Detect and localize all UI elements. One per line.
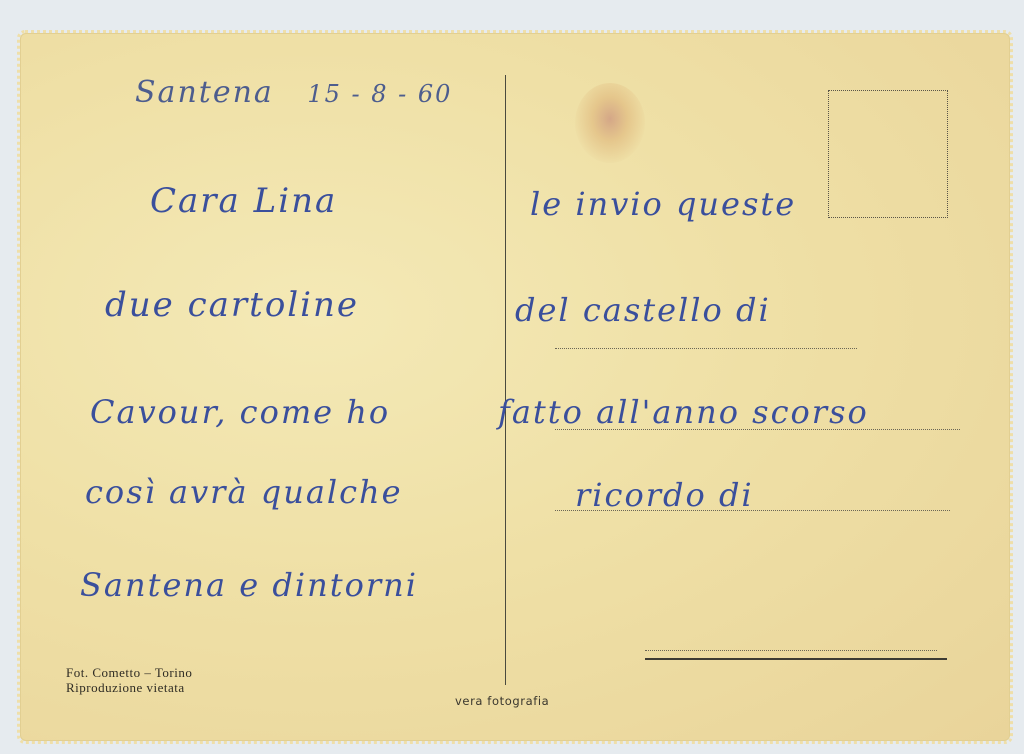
center-divider-line	[505, 75, 506, 685]
publisher-line-2: Riproduzione vietata	[66, 680, 192, 695]
stain-mark	[575, 83, 645, 163]
message-line-2-right: del castello di	[515, 291, 771, 329]
stamp-placeholder-box	[828, 90, 948, 218]
handwritten-date-line: Santena 15 - 8 - 60	[135, 75, 452, 110]
postcard: Santena 15 - 8 - 60 Cara Lina le invio q…	[20, 33, 1010, 741]
message-line-4-left: così avrà qualche	[85, 473, 403, 511]
address-line-4	[645, 650, 937, 651]
handwritten-date: 15 - 8 - 60	[307, 80, 452, 108]
handwritten-place: Santena	[135, 75, 274, 110]
message-line-2-left: due cartoline	[105, 285, 359, 325]
message-line-5-left: Santena e dintorni	[80, 566, 418, 604]
message-line-1-left: Cara Lina	[150, 181, 337, 221]
photo-type-label: vera fotografia	[455, 694, 549, 708]
publisher-line-1: Fot. Cometto – Torino	[66, 665, 192, 680]
address-line-solid	[645, 658, 947, 660]
message-line-4-right: ricordo di	[575, 476, 754, 514]
message-line-3-left: Cavour, come ho	[90, 393, 390, 431]
message-line-1-right: le invio queste	[530, 185, 796, 223]
publisher-credit: Fot. Cometto – Torino Riproduzione vieta…	[66, 665, 192, 695]
address-line-1	[555, 348, 857, 349]
message-line-3-right: fatto all'anno scorso	[498, 393, 869, 431]
